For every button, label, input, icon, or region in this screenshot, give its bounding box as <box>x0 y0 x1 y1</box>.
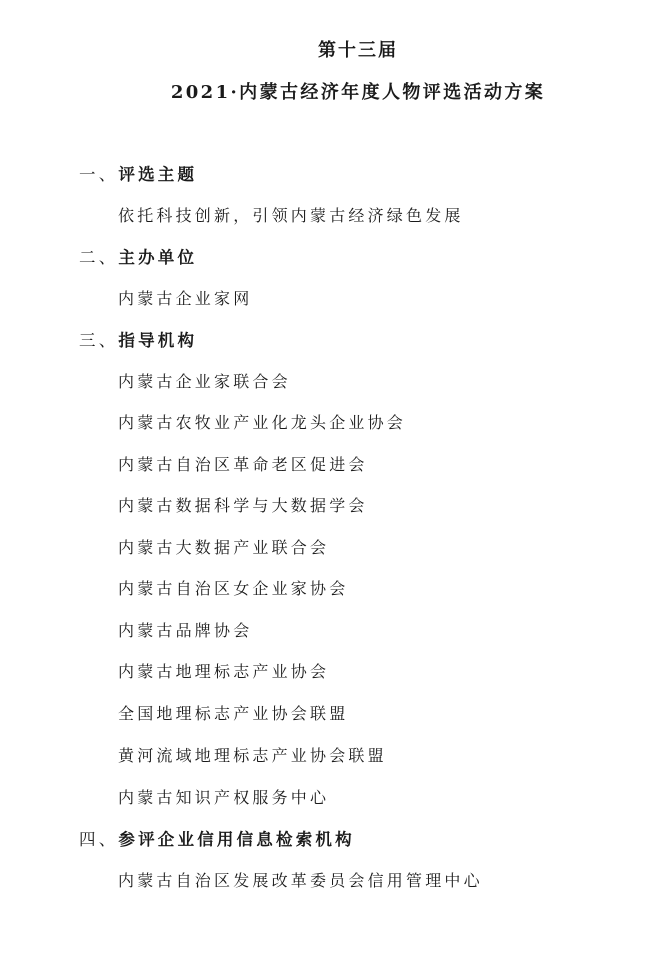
list-item: 内蒙古自治区女企业家协会 <box>118 576 348 599</box>
list-item: 内蒙古品牌协会 <box>118 618 252 641</box>
document-title: 第十三届 <box>22 36 672 62</box>
section-heading-credit-agency: 四、参评企业信用信息检索机构 <box>79 826 355 850</box>
list-item: 内蒙古企业家联合会 <box>118 369 291 392</box>
section-heading-guidance: 三、指导机构 <box>79 327 197 351</box>
list-item: 依托科技创新，引领内蒙古经济绿色发展 <box>118 203 464 226</box>
section-title: 指导机构 <box>118 331 197 350</box>
list-item: 内蒙古自治区革命老区促进会 <box>118 452 368 475</box>
section-title: 主办单位 <box>118 248 197 267</box>
list-item: 内蒙古自治区发展改革委员会信用管理中心 <box>118 868 483 891</box>
section-title: 参评企业信用信息检索机构 <box>118 830 354 849</box>
document-subtitle: 2021·内蒙古经济年度人物评选活动方案 <box>22 78 672 104</box>
list-item: 内蒙古数据科学与大数据学会 <box>118 493 368 516</box>
section-heading-organizer: 二、主办单位 <box>79 244 197 268</box>
list-item: 内蒙古知识产权服务中心 <box>118 785 329 808</box>
section-number: 三、 <box>79 331 118 350</box>
section-number: 四、 <box>79 830 118 849</box>
list-item: 全国地理标志产业协会联盟 <box>118 701 348 724</box>
list-item: 黄河流域地理标志产业协会联盟 <box>118 743 387 766</box>
section-number: 一、 <box>79 165 118 184</box>
list-item: 内蒙古农牧业产业化龙头企业协会 <box>118 410 406 433</box>
section-number: 二、 <box>79 248 118 267</box>
list-item: 内蒙古地理标志产业协会 <box>118 659 329 682</box>
section-heading-theme: 一、评选主题 <box>79 161 197 185</box>
list-item: 内蒙古大数据产业联合会 <box>118 535 329 558</box>
section-title: 评选主题 <box>118 165 197 184</box>
list-item: 内蒙古企业家网 <box>118 286 252 309</box>
